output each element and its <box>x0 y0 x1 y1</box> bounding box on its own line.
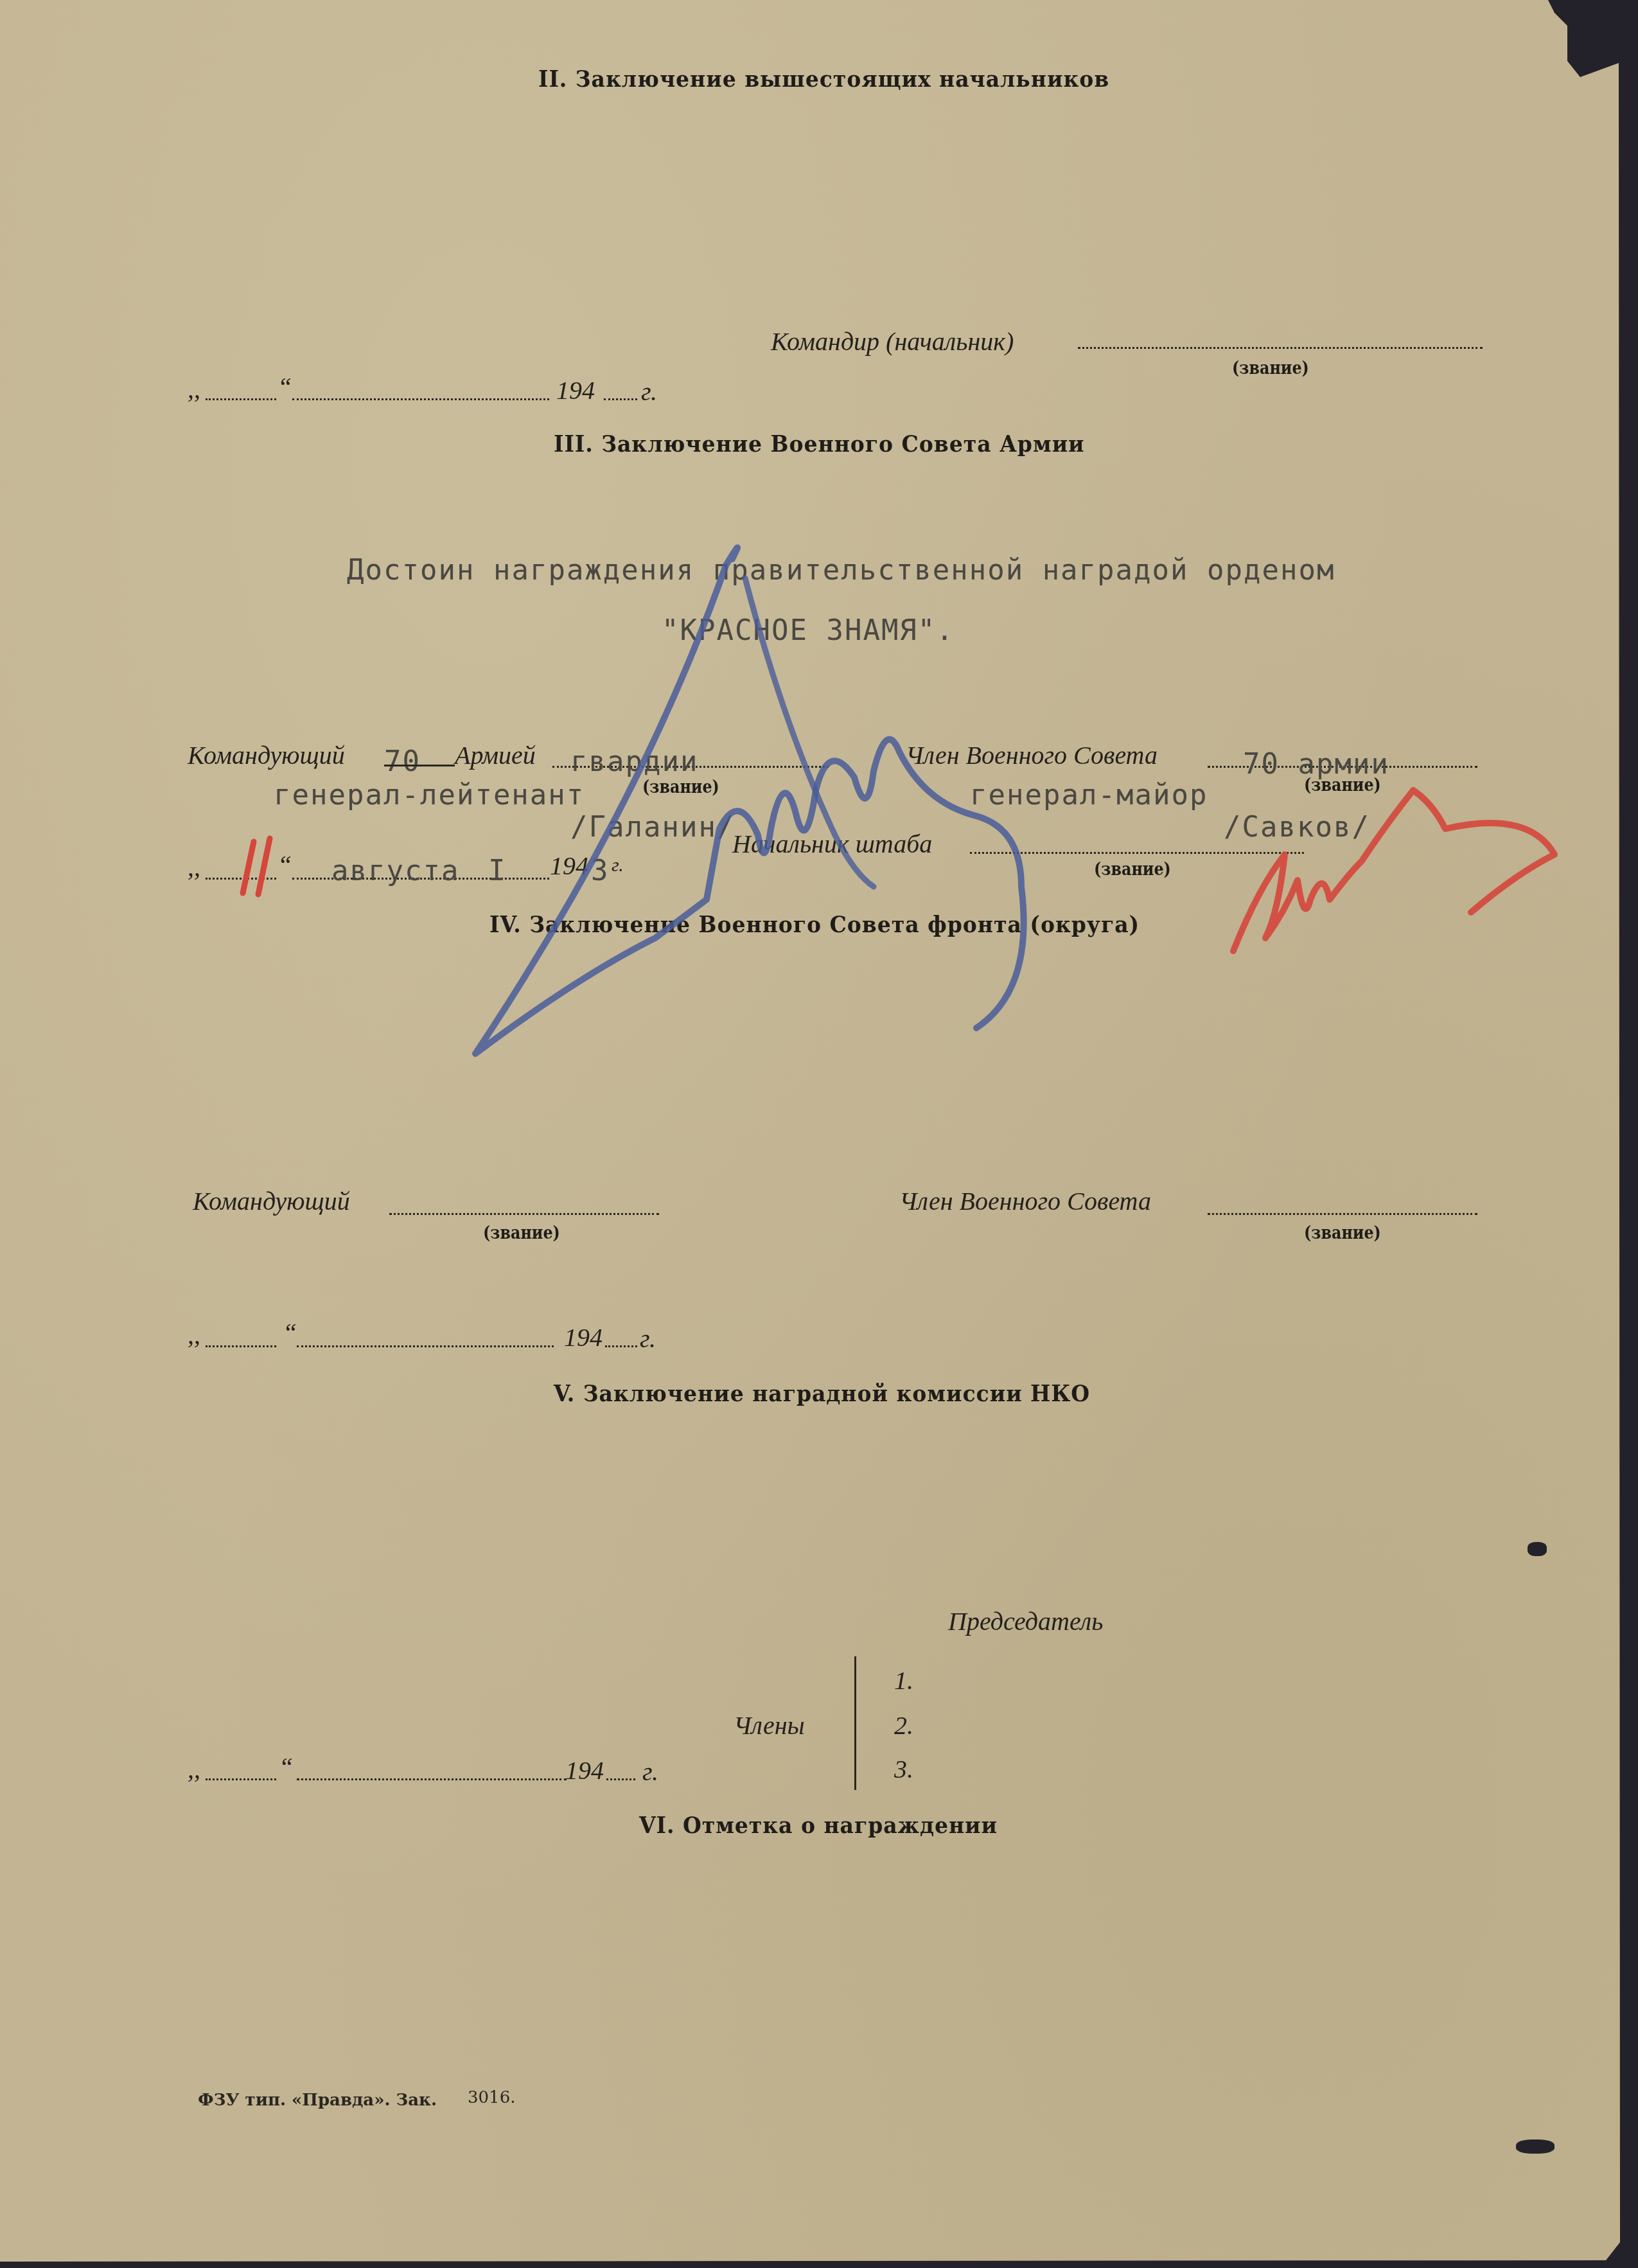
section-4-date-open-quote: ,, <box>188 1320 200 1350</box>
section-2-commander-line[interactable] <box>1078 347 1483 349</box>
section-2-commander-label: Командир (начальник) <box>771 326 1014 357</box>
section-3-commander-rank-caption: (звание) <box>642 776 719 797</box>
section-2-date-day-line[interactable] <box>206 398 276 400</box>
section-3-date-day-line[interactable] <box>206 878 276 880</box>
footer-printer-note: ФЗУ тип. «Правда». Зак. <box>198 2091 437 2110</box>
section-3-date-close-quote: “ <box>277 849 292 880</box>
section-2-year-line[interactable] <box>604 398 637 400</box>
section-3-chief-rank-caption: (звание) <box>1094 858 1171 880</box>
section-4-year-suffix: г. <box>640 1324 656 1354</box>
section-2-year-suffix: г. <box>641 377 657 407</box>
section-5-member-1: 1. <box>894 1665 913 1696</box>
section-3-number-strike <box>384 765 455 766</box>
section-3-date-month-typed: августа <box>331 855 459 887</box>
section-3-commander-number: 70 <box>384 745 421 778</box>
section-4-commander-label: Командующий <box>193 1186 350 1216</box>
section-5-member-3: 3. <box>894 1754 913 1784</box>
section-4-date-close-quote: “ <box>283 1317 297 1347</box>
section-4-date-day-line[interactable] <box>206 1345 276 1347</box>
section-3-council-rank-caption: (звание) <box>1304 774 1381 795</box>
section-5-date-close-quote: “ <box>279 1751 293 1782</box>
section-3-council-label: Член Военного Совета <box>906 740 1158 770</box>
section-2-rank-caption: (звание) <box>1232 357 1309 378</box>
section-3-council-name-typed: /Савков/ <box>1224 811 1370 844</box>
section-5-members-label: Члены <box>734 1710 805 1741</box>
section-3-heading: III. Заключение Военного Совета Армии <box>554 430 1085 457</box>
section-4-year-prefix: 194 <box>564 1322 603 1352</box>
section-2-date-open-quote: ,, <box>188 374 200 404</box>
section-5-year-suffix: г. <box>642 1757 658 1787</box>
section-3-year-suffix: г. <box>612 855 624 876</box>
section-3-commander-typed-guard: гвардии <box>570 745 698 778</box>
section-5-member-2: 2. <box>894 1710 913 1741</box>
section-3-chief-of-staff-label: Начальник штаба <box>732 829 932 859</box>
section-3-date-typed-extra: I <box>488 855 507 887</box>
section-5-date-day-line[interactable] <box>206 1778 276 1780</box>
section-3-commander-label: Командующий <box>188 740 345 770</box>
section-5-year-line[interactable] <box>606 1778 635 1780</box>
binding-hole <box>1528 1542 1547 1556</box>
red-day-mark-icon <box>243 838 270 894</box>
section-2-date-close-quote: “ <box>277 371 292 402</box>
section-3-conclusion-line-2: "КРАСНОЕ ЗНАМЯ". <box>662 614 955 647</box>
section-5-members-brace <box>854 1656 856 1790</box>
section-4-council-label: Член Военного Совета <box>899 1186 1151 1216</box>
section-3-commander-name-typed: /Галанин/ <box>570 811 735 844</box>
binding-hole <box>1516 2140 1554 2154</box>
section-3-commander-army: Армией <box>455 740 536 770</box>
section-2-date-month-line[interactable] <box>292 398 549 400</box>
section-3-year-prefix: 194 <box>550 851 588 881</box>
section-3-date-open-quote: ,, <box>188 852 200 882</box>
section-2-year-prefix: 194 <box>556 375 595 405</box>
section-6-heading: VI. Отметка о награждении <box>639 1812 998 1839</box>
section-5-chairman-label: Председатель <box>948 1606 1103 1636</box>
section-2-heading: II. Заключение вышестоящих начальников <box>538 66 1109 93</box>
section-3-commander-rank-typed: генерал-лейтенант <box>274 779 585 811</box>
footer-order-number: 3016. <box>468 2088 515 2107</box>
section-5-heading: V. Заключение наградной комиссии НКО <box>554 1380 1090 1407</box>
section-4-heading: IV. Заключение Военного Совета фронта (о… <box>489 911 1140 938</box>
section-3-year-typed-digit: 3 <box>591 855 610 887</box>
section-5-date-open-quote: ,, <box>188 1754 200 1784</box>
section-4-date-month-line[interactable] <box>297 1345 554 1347</box>
section-5-year-prefix: 194 <box>565 1755 604 1785</box>
section-4-year-line[interactable] <box>605 1345 637 1347</box>
section-4-commander-rank-caption: (звание) <box>483 1222 560 1243</box>
section-4-commander-line[interactable] <box>389 1213 659 1215</box>
section-5-date-month-line[interactable] <box>297 1778 567 1780</box>
section-4-council-rank-caption: (звание) <box>1304 1222 1381 1243</box>
section-3-chief-line[interactable] <box>970 852 1304 854</box>
document-page: II. Заключение вышестоящих начальников К… <box>0 0 1620 2262</box>
section-4-council-line[interactable] <box>1208 1213 1477 1215</box>
section-3-conclusion-line-1: Достоин награждения правительственной на… <box>347 554 1335 587</box>
section-3-council-rank-typed: генерал-майор <box>970 779 1208 811</box>
